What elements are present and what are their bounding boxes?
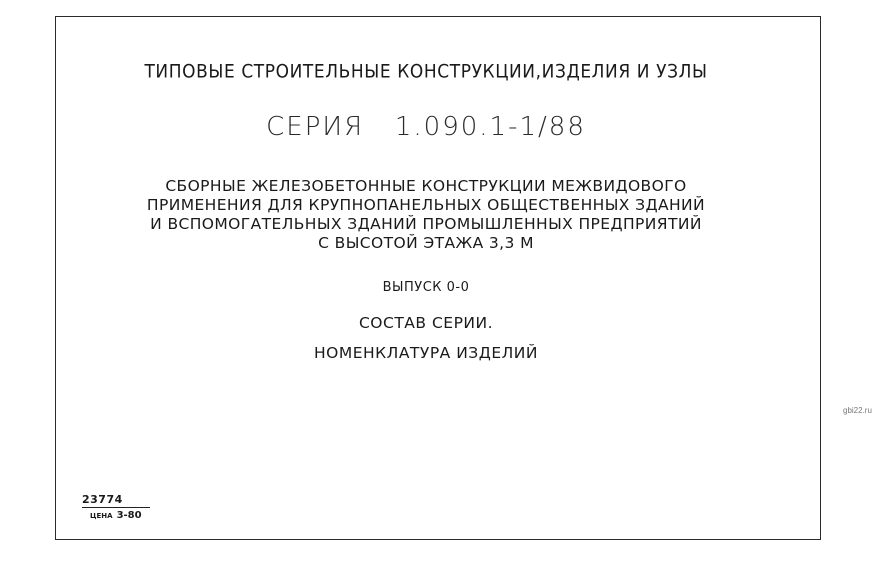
price-label: ЦЕНА (90, 512, 113, 520)
series-title: СЕРИЯ 1.090.1-1/88 (0, 112, 852, 142)
sheet-frame (55, 16, 821, 540)
description-line: И ВСПОМОГАТЕЛЬНЫХ ЗДАНИЙ ПРОМЫШЛЕННЫХ ПР… (0, 215, 852, 234)
description-line: С ВЫСОТОЙ ЭТАЖА 3,3 М (0, 234, 852, 253)
description-line: ПРИМЕНЕНИЯ ДЛЯ КРУПНОПАНЕЛЬНЫХ ОБЩЕСТВЕН… (0, 196, 852, 215)
price-row: ЦЕНА3-80 (82, 510, 150, 521)
description-block: СБОРНЫЕ ЖЕЛЕЗОБЕТОННЫЕ КОНСТРУКЦИИ МЕЖВИ… (0, 177, 852, 253)
inventory-stamp: 23774 ЦЕНА3-80 (82, 493, 150, 521)
description-line: СБОРНЫЕ ЖЕЛЕЗОБЕТОННЫЕ КОНСТРУКЦИИ МЕЖВИ… (0, 177, 852, 196)
document-header: ТИПОВЫЕ СТРОИТЕЛЬНЫЕ КОНСТРУКЦИИ,ИЗДЕЛИЯ… (0, 61, 852, 83)
issue-label: ВЫПУСК 0-0 (0, 280, 852, 295)
inventory-number: 23774 (82, 493, 150, 508)
price-value: 3-80 (117, 510, 142, 521)
nomenclature-heading: НОМЕНКЛАТУРА ИЗДЕЛИЙ (0, 344, 852, 362)
watermark-text: gbi22.ru (843, 406, 872, 415)
composition-heading: СОСТАВ СЕРИИ. (0, 314, 852, 332)
